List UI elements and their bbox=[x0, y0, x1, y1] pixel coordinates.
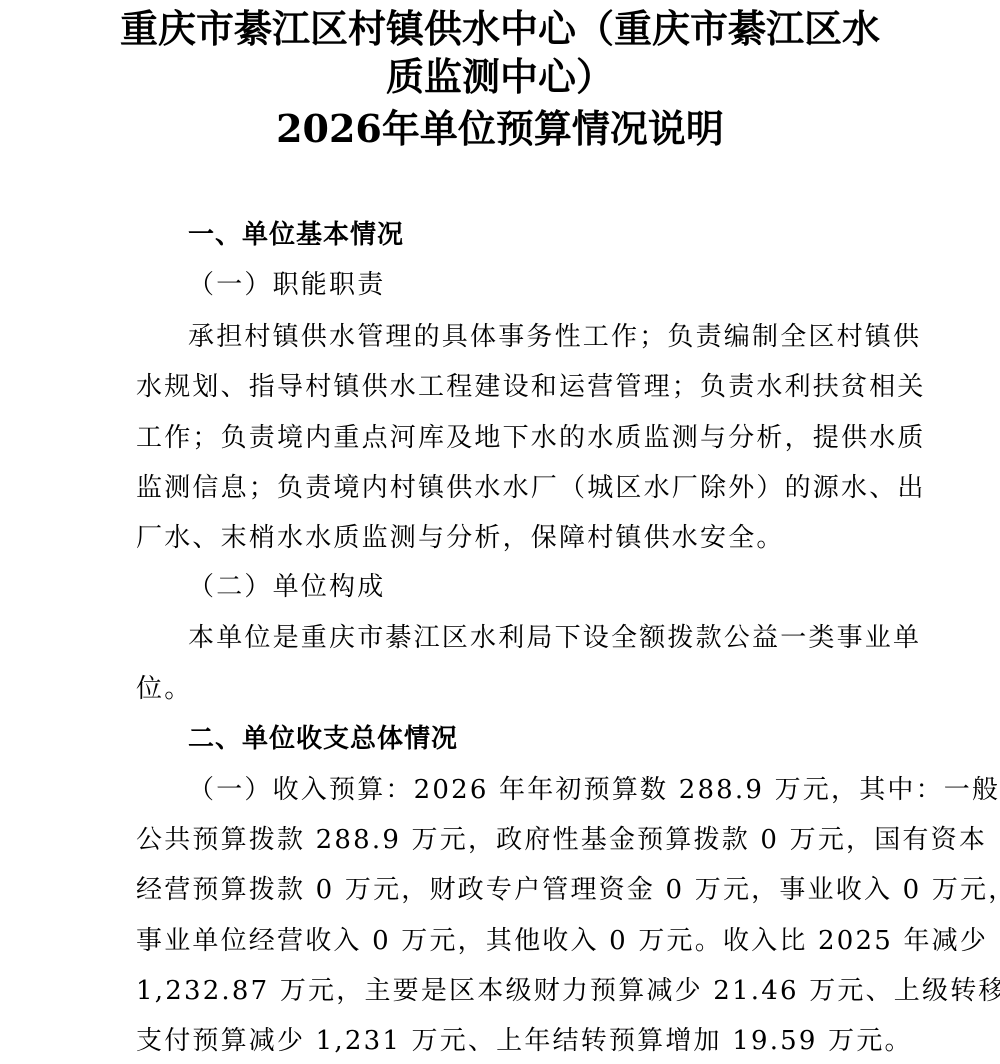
paragraph-line: 厂水、末梢水水质监测与分析，保障村镇供水安全。 bbox=[136, 521, 785, 555]
document-page: 重庆市綦江区村镇供水中心（重庆市綦江区水 质监测中心） 2026年单位预算情况说… bbox=[0, 0, 1000, 1064]
subsection-heading-functions: （一）职能职责 bbox=[188, 268, 385, 302]
paragraph-line: 水规划、指导村镇供水工程建设和运营管理；负责水利扶贫相关 bbox=[136, 370, 926, 404]
paragraph-line: 位。 bbox=[136, 672, 192, 706]
paragraph-line: 公共预算拨款 288.9 万元，政府性基金预算拨款 0 万元，国有资本 bbox=[136, 823, 987, 857]
paragraph-line: 工作；负责境内重点河库及地下水的水质监测与分析，提供水质 bbox=[136, 421, 926, 455]
paragraph-line: 监测信息；负责境内村镇供水水厂（城区水厂除外）的源水、出 bbox=[136, 471, 926, 505]
section-heading-basic-info: 一、单位基本情况 bbox=[188, 218, 404, 252]
paragraph-line: 承担村镇供水管理的具体事务性工作；负责编制全区村镇供 bbox=[188, 320, 921, 354]
subsection-heading-composition: （二）单位构成 bbox=[188, 570, 385, 604]
paragraph-line: 经营预算拨款 0 万元，财政专户管理资金 0 万元，事业收入 0 万元， bbox=[136, 873, 1000, 907]
paragraph-line: 1,232.87 万元，主要是区本级财力预算减少 21.46 万元、上级转移 bbox=[136, 974, 1000, 1008]
document-title-line-1: 重庆市綦江区村镇供水中心（重庆市綦江区水 bbox=[0, 4, 1000, 54]
document-title-line-3: 2026年单位预算情况说明 bbox=[0, 104, 1000, 154]
paragraph-line: 事业单位经营收入 0 万元，其他收入 0 万元。收入比 2025 年减少 bbox=[136, 924, 988, 958]
section-heading-income-expenditure: 二、单位收支总体情况 bbox=[188, 722, 458, 756]
paragraph-line: 本单位是重庆市綦江区水利局下设全额拨款公益一类事业单 bbox=[188, 621, 921, 655]
paragraph-line-income-budget: （一）收入预算：2026 年年初预算数 288.9 万元，其中：一般 bbox=[188, 773, 1000, 807]
document-title-line-2: 质监测中心） bbox=[0, 52, 1000, 102]
paragraph-line: 支付预算减少 1,231 万元、上年结转预算增加 19.59 万元。 bbox=[136, 1024, 913, 1058]
